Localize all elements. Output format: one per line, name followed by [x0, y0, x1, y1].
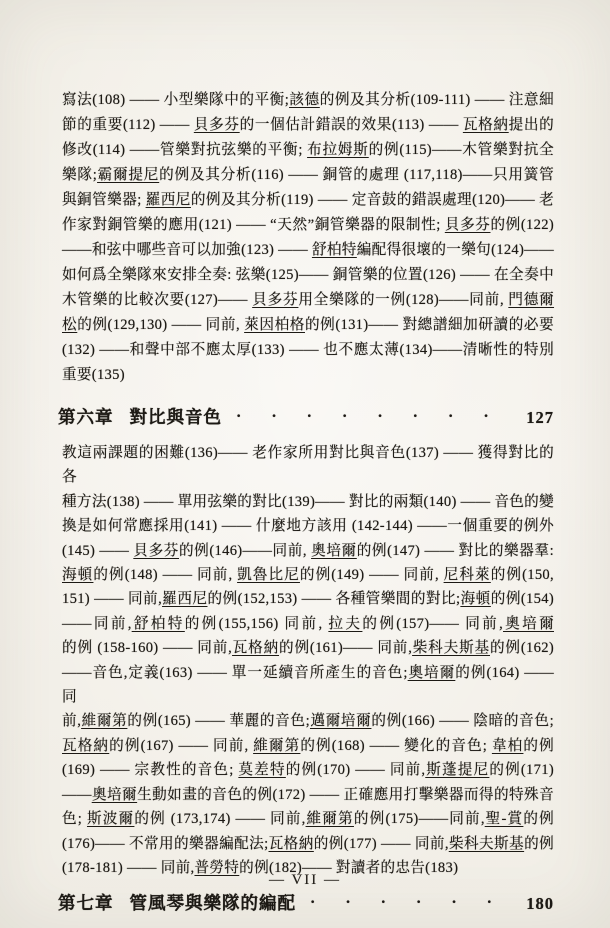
proper-name-underline: 聖-賞 — [485, 811, 524, 827]
proper-name-underline: 貝多芬 — [445, 217, 491, 233]
toc-line: ——和弦中哪些音可以加強(123) —— 舒柏特編配得很壞的一樂句(124)—— — [62, 238, 554, 263]
toc-text: 的例(165) —— 華麗的音色; — [127, 713, 310, 729]
toc-text: 的例 (173,174) —— 同前, — [134, 811, 305, 827]
proper-name-underline: 舒柏特 — [132, 616, 185, 632]
chapter-7-heading: 第七章 管風琴與樂隊的編配 · · · · · · · · · · · · · … — [58, 890, 554, 915]
toc-text: 生動如畫的音色的例(172) —— 正確應用打擊樂器而得的特殊音 — [137, 787, 554, 803]
proper-name-underline: 瓦格納 — [232, 640, 279, 656]
toc-text: 教這兩課題的困難(136)—— 老作家所用對比與音色(137) —— 獲得對比的… — [62, 445, 554, 485]
toc-text: 的例 — [523, 811, 554, 827]
toc-line: (176)—— 不常用的樂器編配法;瓦格納的例(177) —— 同前,柴科夫斯基… — [62, 832, 554, 856]
toc-text: 的例(148) —— 同前, — [93, 567, 237, 583]
toc-text: 的例(161)—— 同前, — [279, 640, 412, 656]
toc-text: 的例(154) — [491, 591, 554, 607]
proper-name-underline: 瓦格納 — [62, 738, 109, 754]
toc-line: 瓦格納的例(167) —— 同前, 維爾第的例(168) —— 變化的音色; 韋… — [62, 734, 554, 758]
toc-text: 的例(175)——同前, — [354, 811, 485, 827]
chapter-6-page-number: 127 — [526, 408, 554, 428]
toc-text: 的例(147) —— 對比的樂器羣: — [357, 543, 554, 559]
toc-line: (169) —— 宗教性的音色; 莫差特的例(170) —— 同前,斯蓬提尼的例… — [62, 758, 554, 782]
toc-text: ——和弦中哪些音可以加強(123) —— — [62, 242, 312, 258]
toc-line: ——音色,定義(163) —— 單一延續音所產生的音色;奧培爾的例(164) —… — [62, 661, 554, 710]
proper-name-underline: 柴科夫斯基 — [412, 640, 490, 656]
toc-text: 與銅管樂器; — [62, 192, 146, 208]
proper-name-underline: 奧培爾 — [311, 543, 357, 559]
scanned-book-page: 寫法(108) —— 小型樂隊中的平衡;該德的例及其分析(109-111) ——… — [0, 0, 610, 928]
proper-name-underline: 該德 — [289, 92, 320, 108]
toc-text: 的例 — [523, 738, 554, 754]
toc-text: (176)—— 不常用的樂器編配法; — [62, 836, 269, 852]
proper-name-underline: 門德爾 — [508, 292, 554, 308]
toc-content: 寫法(108) —— 小型樂隊中的平衡;該德的例及其分析(109-111) ——… — [62, 88, 554, 915]
chapter-6-heading: 第六章 對比與音色 · · · · · · · · · · · · · · · … — [58, 404, 554, 429]
toc-text: 的例(177) —— 同前, — [314, 836, 449, 852]
proper-name-underline: 海頓 — [62, 567, 93, 583]
toc-text: 的例及其分析(116) —— 銅管的處理 (117,118)——只用簧管 — [159, 167, 554, 183]
toc-text: 編配得很壞的一樂句(124)—— — [357, 242, 554, 258]
page-number-footer: — VII — — [0, 872, 610, 889]
proper-name-underline: 舒柏特 — [312, 242, 357, 258]
toc-text: 的例(131)—— 對總譜細加研讀的必要 — [305, 317, 554, 333]
proper-name-underline: 布拉姆斯 — [307, 142, 369, 158]
proper-name-underline: 瓦格納 — [269, 836, 314, 852]
proper-name-underline: 貝多芬 — [133, 543, 179, 559]
toc-text: 的例 — [524, 836, 554, 852]
toc-text: 如何爲全樂隊來安排全奏: 弦樂(125)—— 銅管樂的位置(126) —— 在全… — [62, 267, 554, 283]
toc-text: 的例 (158-160) —— 同前, — [62, 640, 232, 656]
toc-line: (145) —— 貝多芬的例(146)——同前, 奧培爾的例(147) —— 對… — [62, 539, 554, 563]
proper-name-underline: 斯蓬提尼 — [425, 762, 489, 778]
proper-name-underline: 斯波爾 — [87, 811, 134, 827]
toc-text: 的例(152,153) —— 各種管樂間的對比; — [207, 591, 460, 607]
toc-line: 節的重要(112) —— 貝多芬的一個估計錯誤的效果(113) —— 瓦格納提出… — [62, 113, 554, 138]
toc-text: 修改(114) ——管樂對抗弦樂的平衡; — [62, 142, 307, 158]
toc-line: 海頓的例(148) —— 同前, 凱魯比尼的例(149) —— 同前, 尼科萊的… — [62, 563, 554, 587]
proper-name-underline: 霸爾提尼 — [97, 167, 159, 183]
proper-name-underline: 拉夫 — [328, 616, 362, 632]
toc-text: 換是如何常應採用(141) —— 什麼地方該用 (142-144) ——一個重要… — [62, 518, 554, 534]
proper-name-underline: 羅西尼 — [162, 591, 207, 607]
toc-line: 松的例(129,130) —— 同前, 萊因柏格的例(131)—— 對總譜細加研… — [62, 313, 554, 338]
proper-name-underline: 柴科夫斯基 — [449, 836, 524, 852]
toc-text: 的例(170) —— 同前, — [286, 762, 426, 778]
toc-line: 的例 (158-160) —— 同前,瓦格納的例(161)—— 同前,柴科夫斯基… — [62, 636, 554, 660]
toc-line: (132) ——和聲中部不應太厚(133) —— 也不應太薄(134)——清晰性… — [62, 338, 554, 363]
toc-text: 作家對銅管樂的應用(121) —— “天然”銅管樂器的限制性; — [62, 217, 445, 233]
toc-text: 的例(157)—— 同前, — [362, 616, 503, 632]
toc-text: 的例及其分析(109-111) —— 注意細 — [320, 92, 554, 108]
proper-name-underline: 貝多芬 — [252, 292, 298, 308]
toc-text: 重要(135) — [62, 367, 125, 383]
toc-line: ——同前,舒柏特的例(155,156) 同前, 拉夫的例(157)—— 同前,奧… — [62, 612, 554, 636]
proper-name-underline: 瓦格納 — [463, 117, 509, 133]
toc-line: 種方法(138) —— 單用弦樂的對比(139)—— 對比的兩類(140) ——… — [62, 490, 554, 514]
toc-text: 的例及其分析(119) —— 定音鼓的錯誤處理(120)—— 老 — [191, 192, 554, 208]
proper-name-underline: 松 — [62, 317, 77, 333]
chapter-7-page-number: 180 — [526, 894, 554, 914]
toc-line: 151) —— 同前,羅西尼的例(152,153) —— 各種管樂間的對比;海頓… — [62, 587, 554, 611]
chapter-6-label: 第六章 — [58, 404, 114, 429]
proper-name-underline: 奧培爾 — [92, 787, 137, 803]
toc-text: 色; — [62, 811, 87, 827]
toc-text: ——同前, — [62, 616, 132, 632]
chapter-6-title: 對比與音色 — [130, 404, 223, 429]
toc-text: 的例(146)——同前, — [179, 543, 311, 559]
toc-text: 前, — [62, 713, 81, 729]
toc-line: 修改(114) ——管樂對抗弦樂的平衡; 布拉姆斯的例(115)——木管樂對抗全 — [62, 138, 554, 163]
toc-line: 前,維爾第的例(165) —— 華麗的音色;邁爾培爾的例(166) —— 陰暗的… — [62, 709, 554, 733]
toc-line: 與銅管樂器; 羅西尼的例及其分析(119) —— 定音鼓的錯誤處理(120)——… — [62, 188, 554, 213]
toc-line: ——奧培爾生動如畫的音色的例(172) —— 正確應用打擊樂器而得的特殊音 — [62, 783, 554, 807]
toc-text: 的例(129,130) —— 同前, — [77, 317, 244, 333]
chapter-7-label: 第七章 — [58, 890, 114, 915]
proper-name-underline: 邁爾培爾 — [310, 713, 371, 729]
toc-text: 用全樂隊的一例(128)——同前, — [298, 292, 508, 308]
toc-text: (132) ——和聲中部不應太厚(133) —— 也不應太薄(134)——清晰性… — [62, 342, 554, 358]
toc-paragraph-chapter5-continued: 寫法(108) —— 小型樂隊中的平衡;該德的例及其分析(109-111) ——… — [62, 88, 554, 388]
dot-leader: · · · · · · · · · · · · · · · — [310, 894, 516, 912]
toc-text: —— — [62, 787, 92, 803]
toc-text: 的例(167) —— 同前, — [109, 738, 253, 754]
toc-text: 木管樂的比較次要(127)—— — [62, 292, 252, 308]
proper-name-underline: 維爾第 — [306, 811, 354, 827]
proper-name-underline: 凱魯比尼 — [237, 567, 300, 583]
toc-line: 色; 斯波爾的例 (173,174) —— 同前,維爾第的例(175)——同前,… — [62, 807, 554, 831]
toc-text: (169) —— 宗教性的音色; — [62, 762, 238, 778]
toc-text: 提出的 — [509, 117, 554, 133]
toc-line: 如何爲全樂隊來安排全奏: 弦樂(125)—— 銅管樂的位置(126) —— 在全… — [62, 263, 554, 288]
toc-text: 種方法(138) —— 單用弦樂的對比(139)—— 對比的兩類(140) ——… — [62, 494, 554, 510]
toc-line: 教這兩課題的困難(136)—— 老作家所用對比與音色(137) —— 獲得對比的… — [62, 441, 554, 490]
toc-text: 的例(150, — [491, 567, 554, 583]
toc-line: 換是如何常應採用(141) —— 什麼地方該用 (142-144) ——一個重要… — [62, 514, 554, 538]
toc-text: 151) —— 同前, — [62, 591, 162, 607]
toc-text: 節的重要(112) —— — [62, 117, 194, 133]
proper-name-underline: 貝多芬 — [194, 117, 240, 133]
proper-name-underline: 羅西尼 — [146, 192, 191, 208]
proper-name-underline: 奧培爾 — [503, 616, 554, 632]
proper-name-underline: 維爾第 — [253, 738, 300, 754]
toc-text: 的例(155,156) 同前, — [185, 616, 329, 632]
toc-text: 的例(168) —— 變化的音色; — [300, 738, 492, 754]
proper-name-underline: 尼科萊 — [444, 567, 491, 583]
proper-name-underline: 萊因柏格 — [244, 317, 305, 333]
dot-leader: · · · · · · · · · · · · · · · · — [236, 408, 516, 426]
toc-text: ——音色,定義(163) —— 單一延續音所產生的音色; — [62, 665, 408, 681]
toc-text: 的例(115)——木管樂對抗全 — [369, 142, 554, 158]
toc-text: 的例(162) — [490, 640, 554, 656]
toc-line: 作家對銅管樂的應用(121) —— “天然”銅管樂器的限制性; 貝多芬的例(12… — [62, 213, 554, 238]
toc-text: (145) —— — [62, 543, 133, 559]
proper-name-underline: 韋柏 — [492, 738, 523, 754]
toc-text: 的一個估計錯誤的效果(113) —— — [240, 117, 463, 133]
proper-name-underline: 奧培爾 — [408, 665, 456, 681]
proper-name-underline: 海頓 — [460, 591, 490, 607]
toc-paragraph-chapter6: 教這兩課題的困難(136)—— 老作家所用對比與音色(137) —— 獲得對比的… — [62, 441, 554, 880]
toc-text: 的例(122) — [490, 217, 554, 233]
toc-line: 樂隊;霸爾提尼的例及其分析(116) —— 銅管的處理 (117,118)——只… — [62, 163, 554, 188]
chapter-7-title: 管風琴與樂隊的編配 — [130, 890, 297, 915]
toc-text: 的例(149) —— 同前, — [300, 567, 444, 583]
toc-line: 寫法(108) —— 小型樂隊中的平衡;該德的例及其分析(109-111) ——… — [62, 88, 554, 113]
toc-text: 的例(166) —— 陰暗的音色; — [371, 713, 554, 729]
proper-name-underline: 莫差特 — [238, 762, 285, 778]
toc-text: 樂隊; — [62, 167, 97, 183]
toc-line: 木管樂的比較次要(127)—— 貝多芬用全樂隊的一例(128)——同前, 門德爾 — [62, 288, 554, 313]
toc-text: 寫法(108) —— 小型樂隊中的平衡; — [62, 92, 289, 108]
toc-text: 的例(171) — [489, 762, 554, 778]
proper-name-underline: 維爾第 — [81, 713, 127, 729]
toc-line: 重要(135) — [62, 363, 554, 388]
